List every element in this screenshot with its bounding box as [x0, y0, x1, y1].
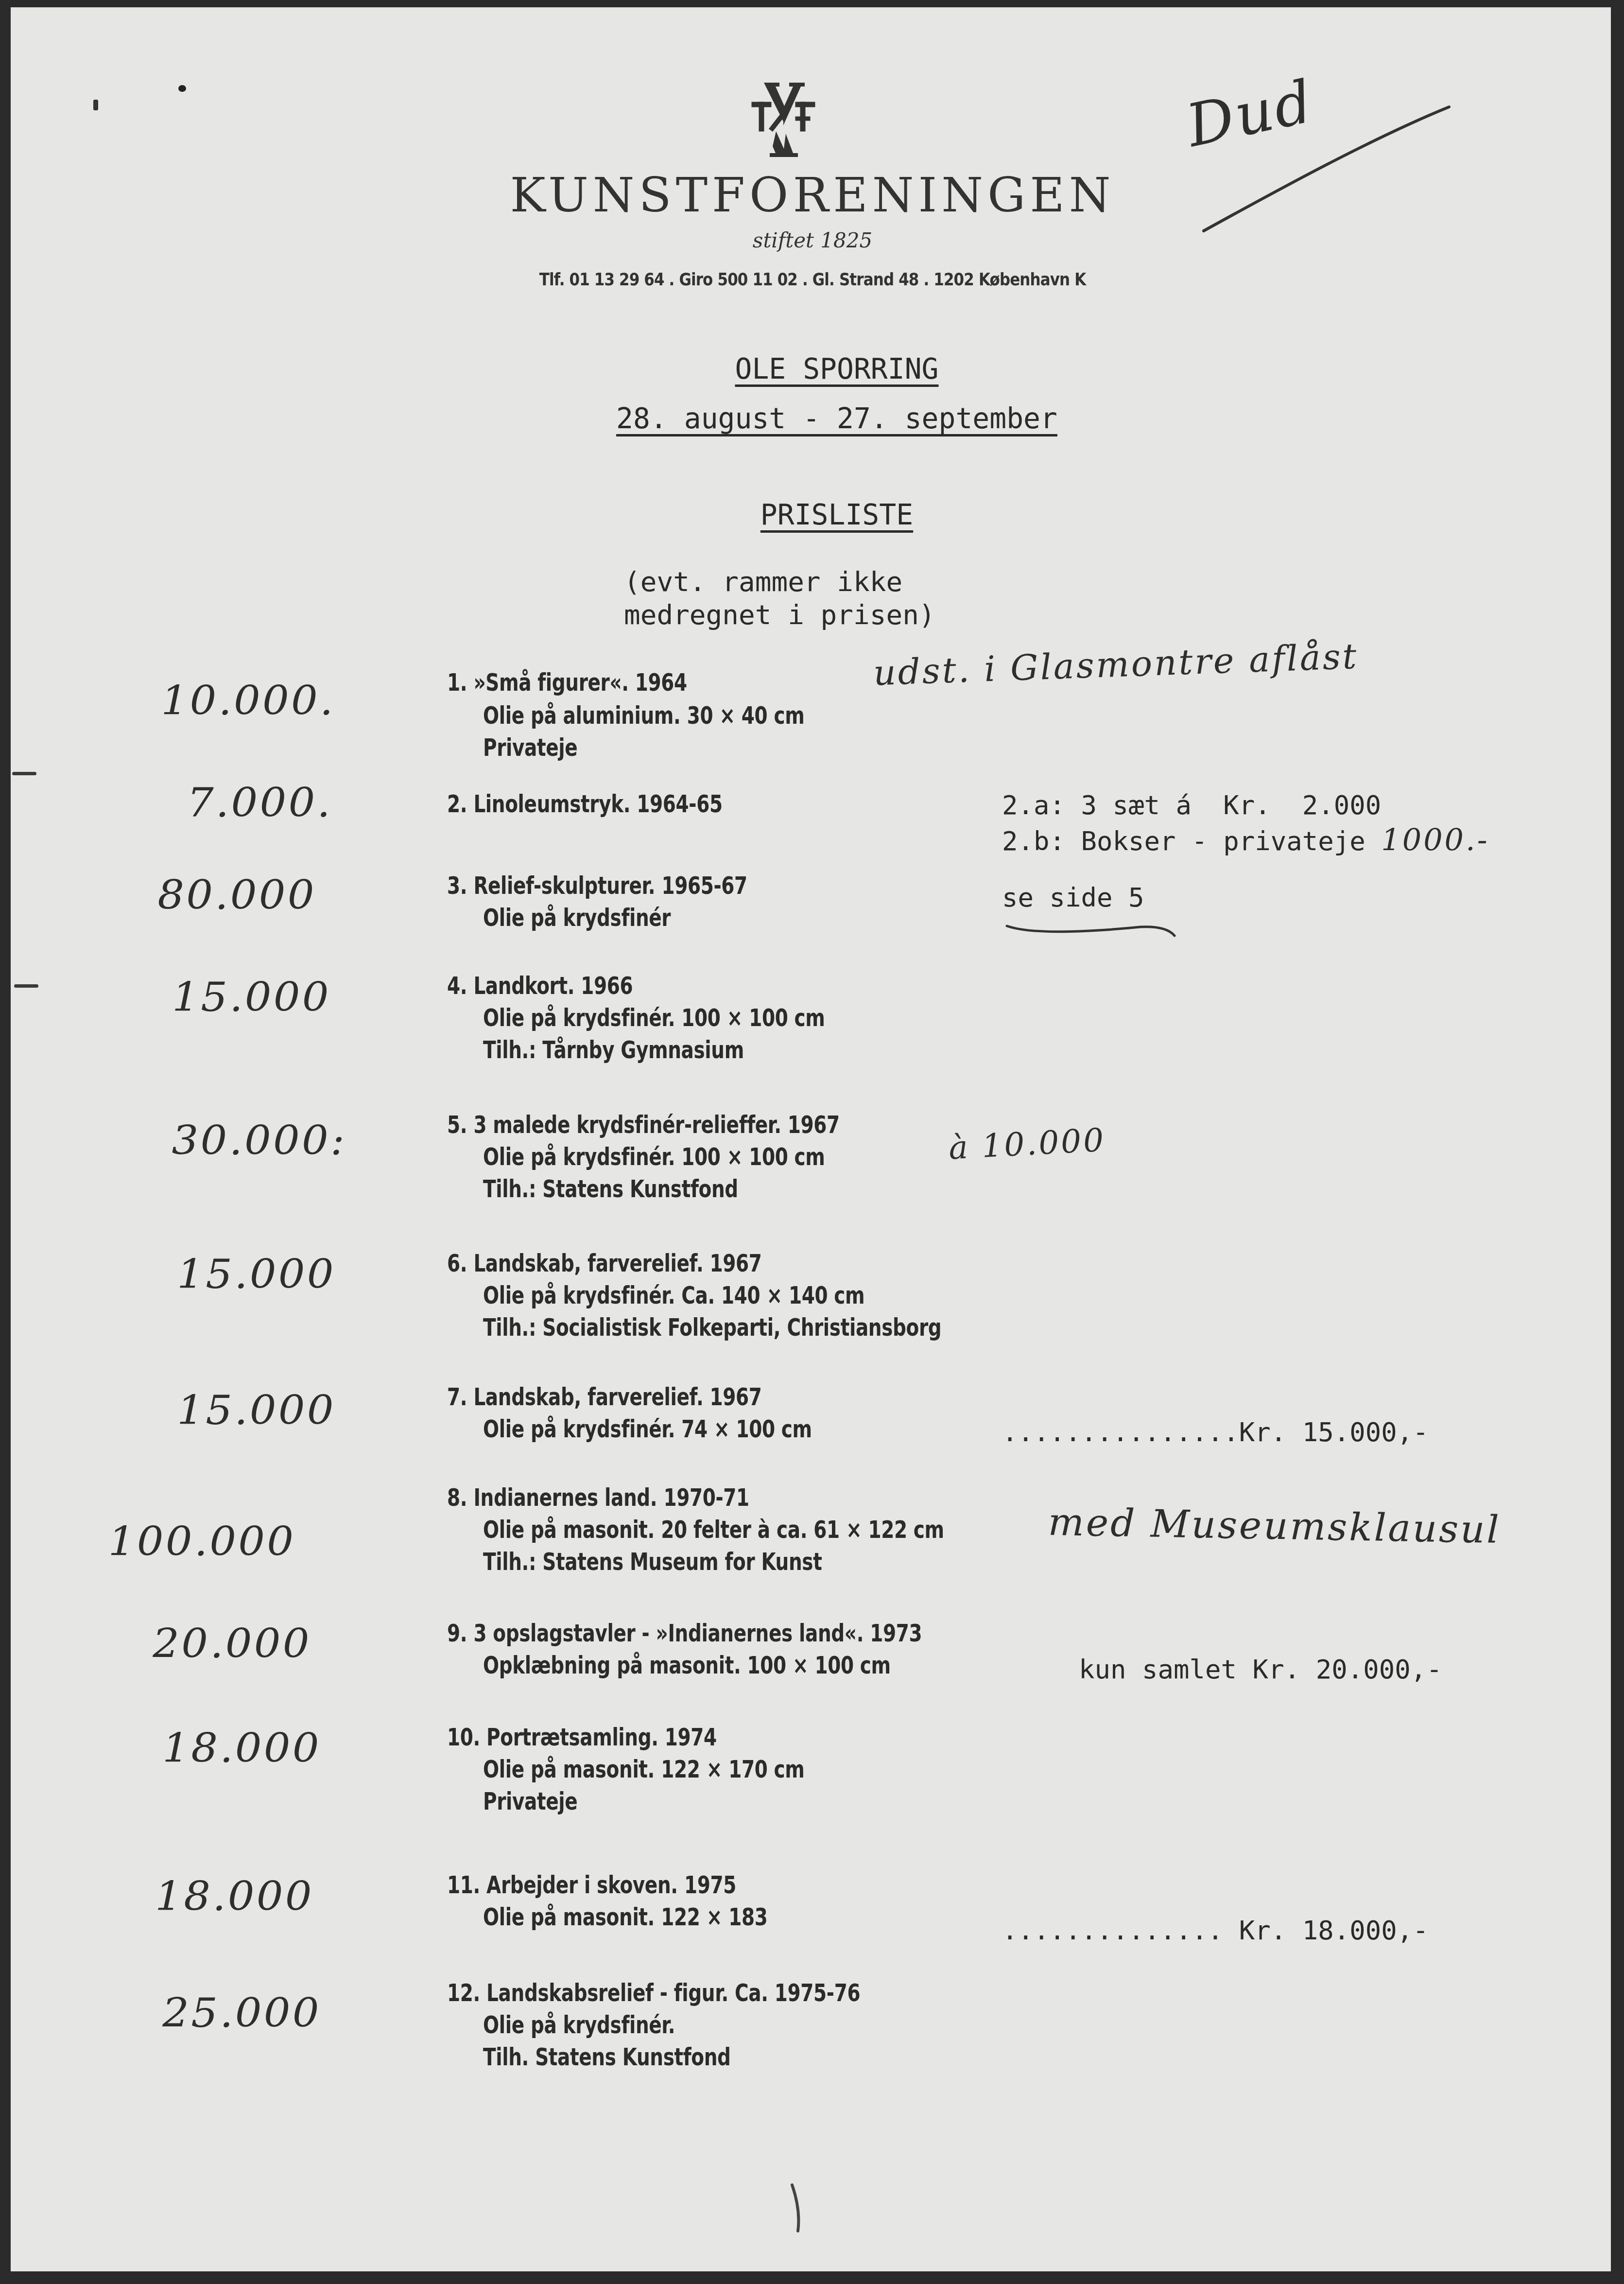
handwritten-annotation: à 10.000 — [948, 1121, 1106, 1167]
pencil-mark — [788, 2182, 808, 2236]
frame-note-line1: (evt. rammer ikke — [624, 566, 902, 598]
item-title: 11. Arbejder i skoven. 1975 — [447, 1871, 736, 1899]
item-detail: Tilh. Statens Kunstfond — [483, 2043, 731, 2071]
item-title: 1. »Små figurer«. 1964 — [447, 668, 687, 697]
handwritten-underline — [1004, 921, 1179, 941]
item-detail: Tilh.: Tårnby Gymnasium — [483, 1036, 744, 1064]
typed-price: kun samlet Kr. 20.000,- — [1079, 1654, 1442, 1685]
handwritten-price: 10.000. — [161, 678, 335, 724]
item-detail: Olie på krydsfinér. 100 × 100 cm — [483, 1004, 825, 1032]
item-detail: Opklæbning på masonit. 100 × 100 cm — [483, 1651, 891, 1679]
handwritten-price: 15.000 — [172, 975, 330, 1021]
item-detail: Privateje — [483, 1787, 577, 1815]
handwritten-price: 18.000 — [162, 1726, 321, 1772]
handwritten-price: 80.000 — [157, 872, 316, 919]
item-title: 2. Linoleumstryk. 1964-65 — [447, 790, 723, 818]
handwritten-price: 100.000 — [108, 1519, 295, 1565]
typed-annotation: 2.b: Bokser - privateje 1000.- — [1002, 822, 1489, 857]
item-detail: Olie på krydsfinér. Ca. 140 × 140 cm — [483, 1281, 864, 1309]
item-title: 4. Landkort. 1966 — [447, 972, 633, 1000]
item-title: 8. Indianernes land. 1970-71 — [447, 1483, 749, 1512]
contact-info: Tlf. 01 13 29 64 . Giro 500 11 02 . Gl. … — [499, 270, 1126, 290]
item-title: 9. 3 opslagstavler - »Indianernes land«.… — [447, 1619, 922, 1647]
handwritten-annotation: udst. i Glasmontre aflåst — [873, 636, 1359, 694]
organization-name: KUNSTFORENINGEN — [448, 168, 1177, 223]
item-title: 7. Landskab, farverelief. 1967 — [447, 1383, 762, 1411]
item-detail: Olie på krydsfinér. — [483, 2011, 675, 2039]
typed-price: .............. Kr. 18.000,- — [1002, 1915, 1429, 1946]
handwritten-price: 15.000 — [177, 1388, 335, 1434]
item-detail: Olie på krydsfinér. 100 × 100 cm — [483, 1143, 825, 1171]
handwritten-price: 30.000: — [172, 1118, 346, 1164]
kf-monogram-icon — [749, 80, 817, 158]
item-detail: Tilh.: Statens Kunstfond — [483, 1175, 738, 1203]
margin-mark — [14, 984, 38, 988]
founded-year: stiftet 1825 — [448, 228, 1177, 252]
item-detail: Olie på masonit. 122 × 183 — [483, 1903, 767, 1931]
handwritten-annotation: med Museumsklausul — [1048, 1500, 1501, 1552]
handwritten-price: 20.000 — [153, 1621, 311, 1667]
document-page: KUNSTFORENINGEN stiftet 1825 Tlf. 01 13 … — [11, 7, 1611, 2271]
item-detail: Tilh.: Statens Museum for Kunst — [483, 1548, 822, 1576]
handwritten-price: 15.000 — [177, 1252, 335, 1298]
item-detail: Olie på aluminium. 30 × 40 cm — [483, 701, 805, 730]
item-title: 3. Relief-skulpturer. 1965-67 — [447, 872, 747, 900]
typed-annotation: 2.a: 3 sæt á Kr. 2.000 — [1002, 790, 1381, 820]
item-detail: Olie på masonit. 122 × 170 cm — [483, 1755, 805, 1783]
price-list-title: PRISLISTE — [760, 498, 913, 531]
item-detail: Olie på krydsfinér — [483, 904, 671, 932]
frame-note-line2: medregnet i prisen) — [624, 599, 935, 631]
punch-mark — [178, 85, 186, 92]
margin-mark — [12, 772, 36, 775]
artist-name: OLE SPORRING — [735, 352, 938, 385]
exhibition-dates: 28. august - 27. september — [616, 402, 1057, 435]
handwritten-annotation: 1000.- — [1381, 822, 1489, 857]
typed-annotation: se side 5 — [1002, 882, 1144, 913]
item-detail: Tilh.: Socialistisk Folkeparti, Christia… — [483, 1313, 941, 1342]
typed-price: ...............Kr. 15.000,- — [1002, 1417, 1429, 1447]
punch-mark — [93, 100, 98, 110]
signature-underline — [1201, 100, 1454, 236]
item-detail: Olie på krydsfinér. 74 × 100 cm — [483, 1415, 812, 1443]
handwritten-price: 7.000. — [187, 780, 332, 826]
item-title: 6. Landskab, farverelief. 1967 — [447, 1249, 762, 1277]
handwritten-price: 25.000 — [162, 1990, 321, 2037]
item-title: 10. Portrætsamling. 1974 — [447, 1723, 717, 1751]
item-title: 5. 3 malede krydsfinér-relieffer. 1967 — [447, 1111, 840, 1139]
item-detail: Olie på masonit. 20 felter à ca. 61 × 12… — [483, 1516, 944, 1544]
item-detail: Privateje — [483, 733, 577, 762]
item-title: 12. Landskabsrelief - figur. Ca. 1975-76 — [447, 1979, 860, 2007]
handwritten-price: 18.000 — [155, 1874, 313, 1920]
